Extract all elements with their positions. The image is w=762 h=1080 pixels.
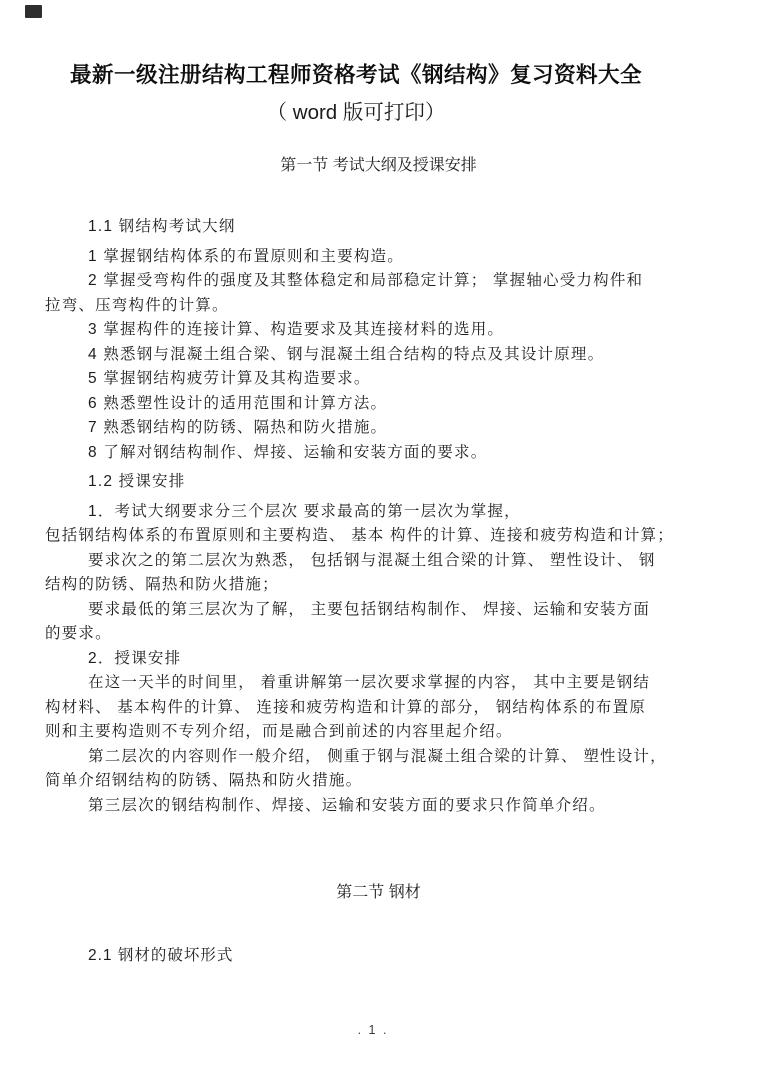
body-line: 包括钢结构体系的布置原则和主要构造、 基本 构件的计算、连接和疲劳构造和计算； [45,524,712,549]
document-title: 最新一级注册结构工程师资格考试《钢结构》复习资料大全 [45,60,667,90]
body-line: 结构的防锈、隔热和防火措施； [45,573,712,598]
body-line: 2．授课安排 [45,647,712,672]
title-block: 最新一级注册结构工程师资格考试《钢结构》复习资料大全 （ word 版可打印） [45,60,667,127]
body-line: 8 了解对钢结构制作、焊接、运输和安装方面的要求。 [45,441,712,466]
body-line: 1 掌握钢结构体系的布置原则和主要构造。 [45,245,712,270]
body-line: 2 掌握受弯构件的强度及其整体稳定和局部稳定计算； 掌握轴心受力构件和 [45,269,712,294]
body-line: 要求最低的第三层次为了解， 主要包括钢结构制作、 焊接、运输和安装方面 [45,598,712,623]
body-line: 7 熟悉钢结构的防锈、隔热和防火措施。 [45,416,712,441]
page-number: . 1 . [0,1023,746,1037]
body-line: 1.1 钢结构考试大纲 [45,215,712,240]
document-subtitle: （ word 版可打印） [45,99,667,127]
body-line: 1.2 授课安排 [45,470,712,495]
body-line: 1．考试大纲要求分三个层次 要求最高的第一层次为掌握， [45,500,712,525]
body-line: 则和主要构造则不专列介绍，而是融合到前述的内容里起介绍。 [45,720,712,745]
body-line: 在这一天半的时间里， 着重讲解第一层次要求掌握的内容， 其中主要是钢结 [45,671,712,696]
body-line: 要求次之的第二层次为熟悉， 包括钢与混凝土组合梁的计算、 塑性设计、 钢 [45,549,712,574]
body-line: 构材料、 基本构件的计算、 连接和疲劳构造和计算的部分， 钢结构体系的布置原 [45,696,712,721]
body-line: 6 熟悉塑性设计的适用范围和计算方法。 [45,392,712,417]
page-content: 最新一级注册结构工程师资格考试《钢结构》复习资料大全 （ word 版可打印） … [0,0,762,969]
body-line: 4 熟悉钢与混凝土组合梁、钢与混凝土组合结构的特点及其设计原理。 [45,343,712,368]
body-line: 拉弯、压弯构件的计算。 [45,294,712,319]
section-2-subheading: 2.1 钢材的破坏形式 [45,944,712,969]
body-line: 的要求。 [45,622,712,647]
section-1-heading: 第一节 考试大纲及授课安排 [45,154,712,178]
corner-mark [25,5,42,18]
document-page: { "document": { "title": "最新一级注册结构工程师资格考… [0,0,762,1080]
body-line: 第三层次的钢结构制作、焊接、运输和安装方面的要求只作简单介绍。 [45,794,712,819]
body-line: 第二层次的内容则作一般介绍， 侧重于钢与混凝土组合梁的计算、 塑性设计， [45,745,712,770]
section-2-heading: 第二节 钢材 [45,881,712,905]
body-line: 简单介绍钢结构的防锈、隔热和防火措施。 [45,769,712,794]
body-line: 5 掌握钢结构疲劳计算及其构造要求。 [45,367,712,392]
body-text: 1.1 钢结构考试大纲1 掌握钢结构体系的布置原则和主要构造。2 掌握受弯构件的… [45,215,712,818]
body-line: 3 掌握构件的连接计算、构造要求及其连接材料的选用。 [45,318,712,343]
